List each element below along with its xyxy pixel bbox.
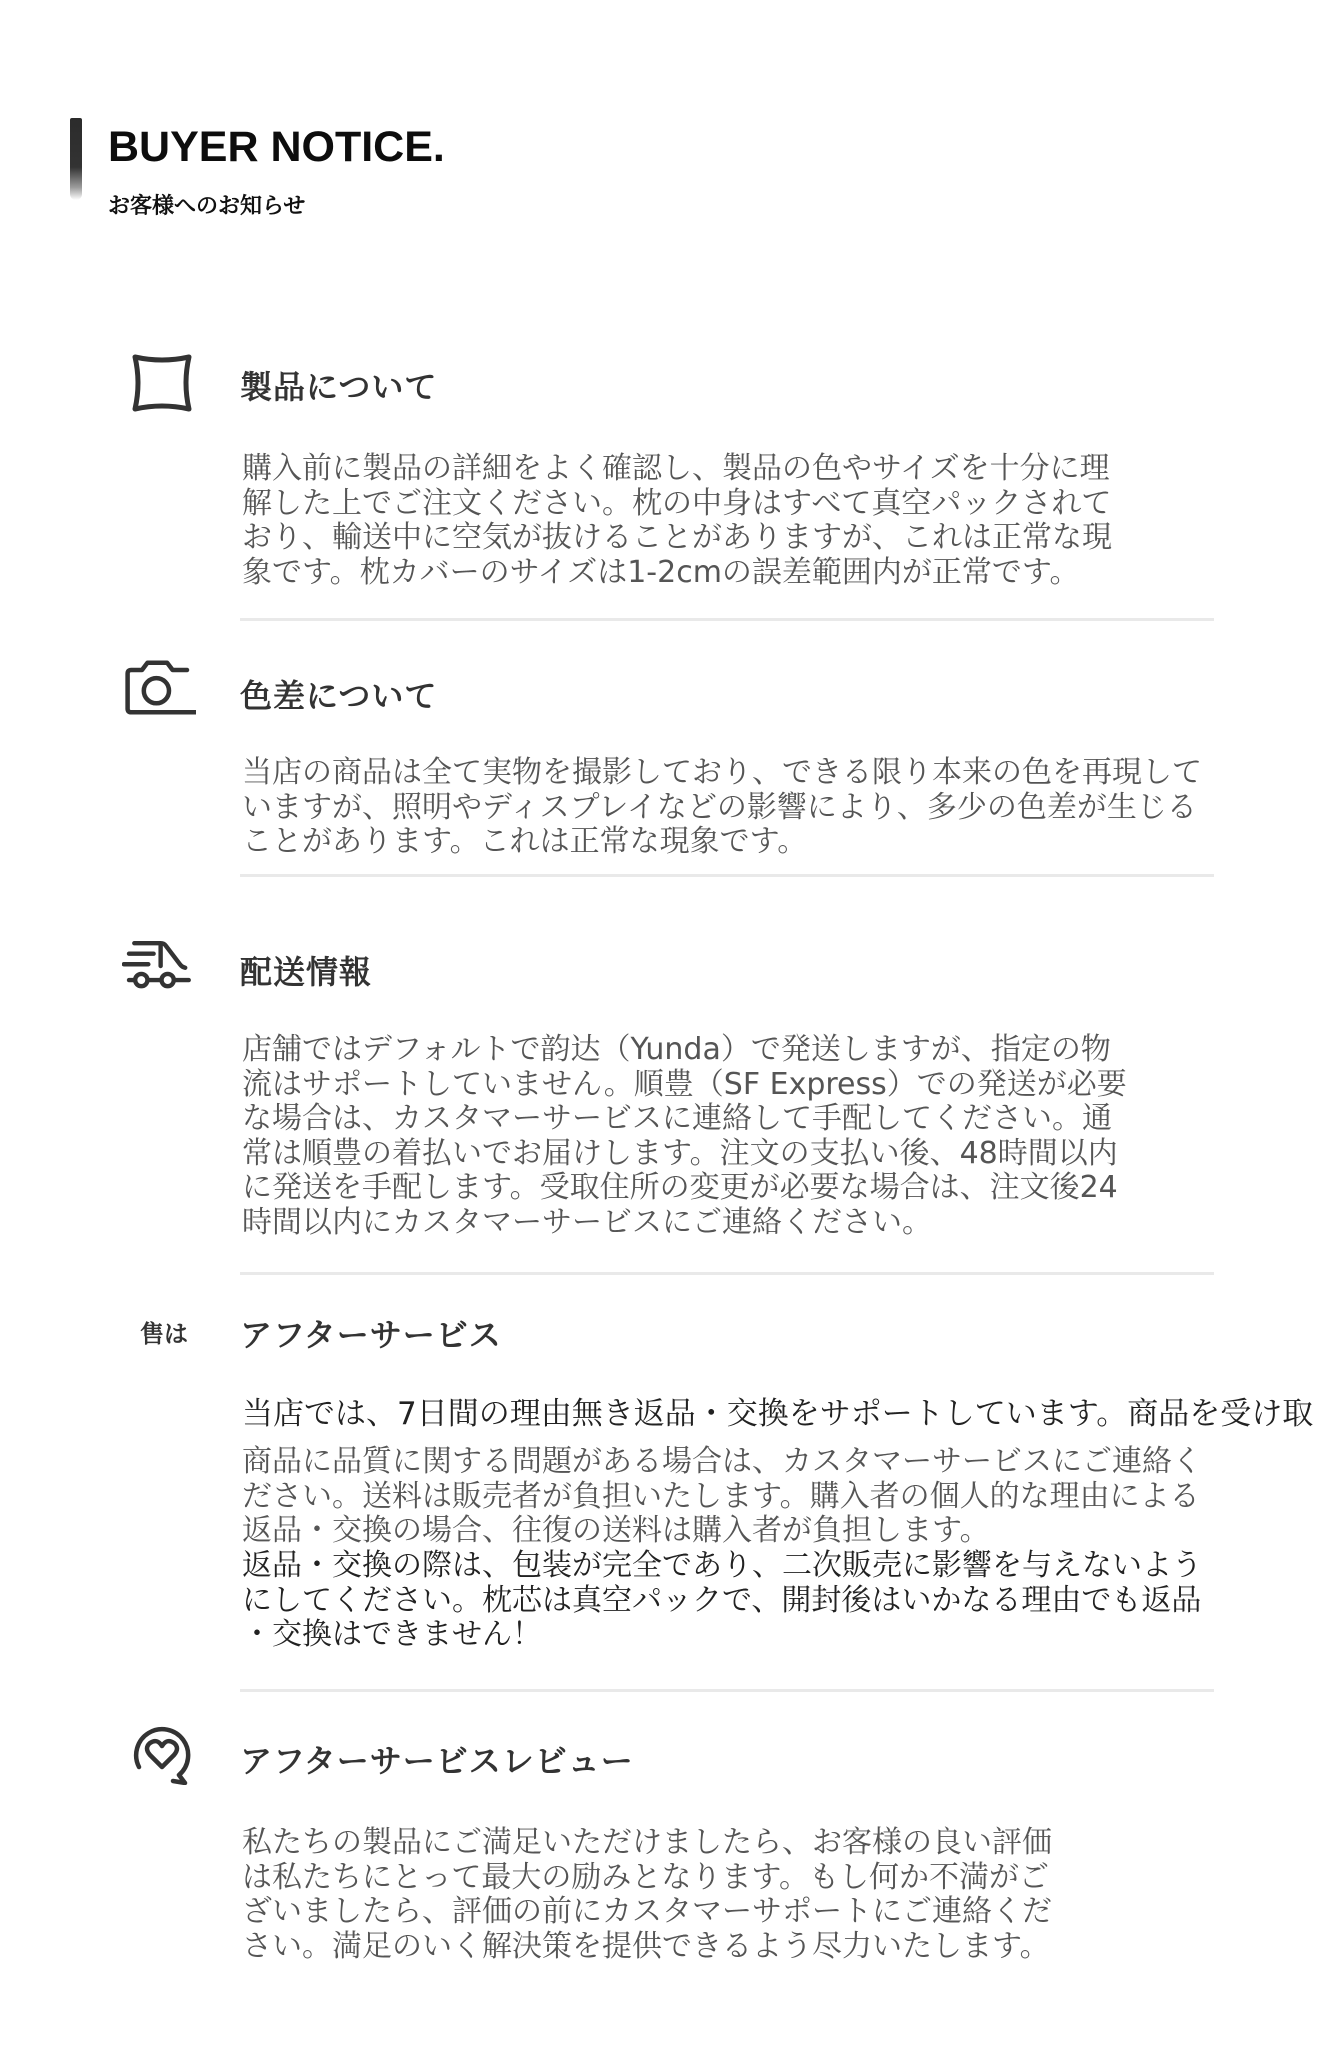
section-title: 色差について [240, 671, 437, 717]
section-title: アフターサービスレビュー [240, 1736, 634, 1782]
page-subtitle: お客様へのお知らせ [108, 193, 305, 221]
pillow-icon [126, 347, 198, 419]
after-sales-text-icon: 售は [140, 1314, 188, 1349]
camera-icon [124, 652, 196, 724]
section-title: 製品について [240, 362, 437, 408]
section-body-return-conditions: 返品・交換の際は、包装が完全であり、二次販売に影響を与えないよう にしてください… [242, 1549, 1202, 1653]
section-body: 私たちの製品にご満足いただけましたら、お客様の良い評価 は私たちにとって最大の励… [242, 1826, 1052, 1964]
section-body: 購入前に製品の詳細をよく確認し、製品の色やサイズを十分に理 解した上でご注文くだ… [242, 452, 1112, 590]
section-title: 配送情報 [240, 947, 372, 993]
section-body-quality: 商品に品質に関する問題がある場合は、カスタマーサービスにご連絡く ださい。送料は… [242, 1445, 1202, 1549]
section-body-intro: 当店では、7日間の理由無き返品・交換をサポートしています。商品を受け取 [242, 1397, 1313, 1432]
section-title: アフターサービス [240, 1310, 502, 1356]
heart-chat-icon [126, 1718, 198, 1790]
brush-stroke-accent [70, 118, 82, 200]
delivery-truck-icon [122, 930, 194, 1002]
page-title: BUYER NOTICE. [108, 122, 445, 172]
section-body: 当店の商品は全て実物を撮影しており、できる限り本来の色を再現して いますが、照明… [242, 756, 1202, 860]
divider [240, 1272, 1214, 1275]
divider [240, 1689, 1214, 1692]
section-body: 店舗ではデフォルトで韵达（Yunda）で発送しますが、指定の物 流はサポートして… [242, 1033, 1127, 1240]
divider [240, 618, 1214, 621]
divider [240, 874, 1214, 877]
